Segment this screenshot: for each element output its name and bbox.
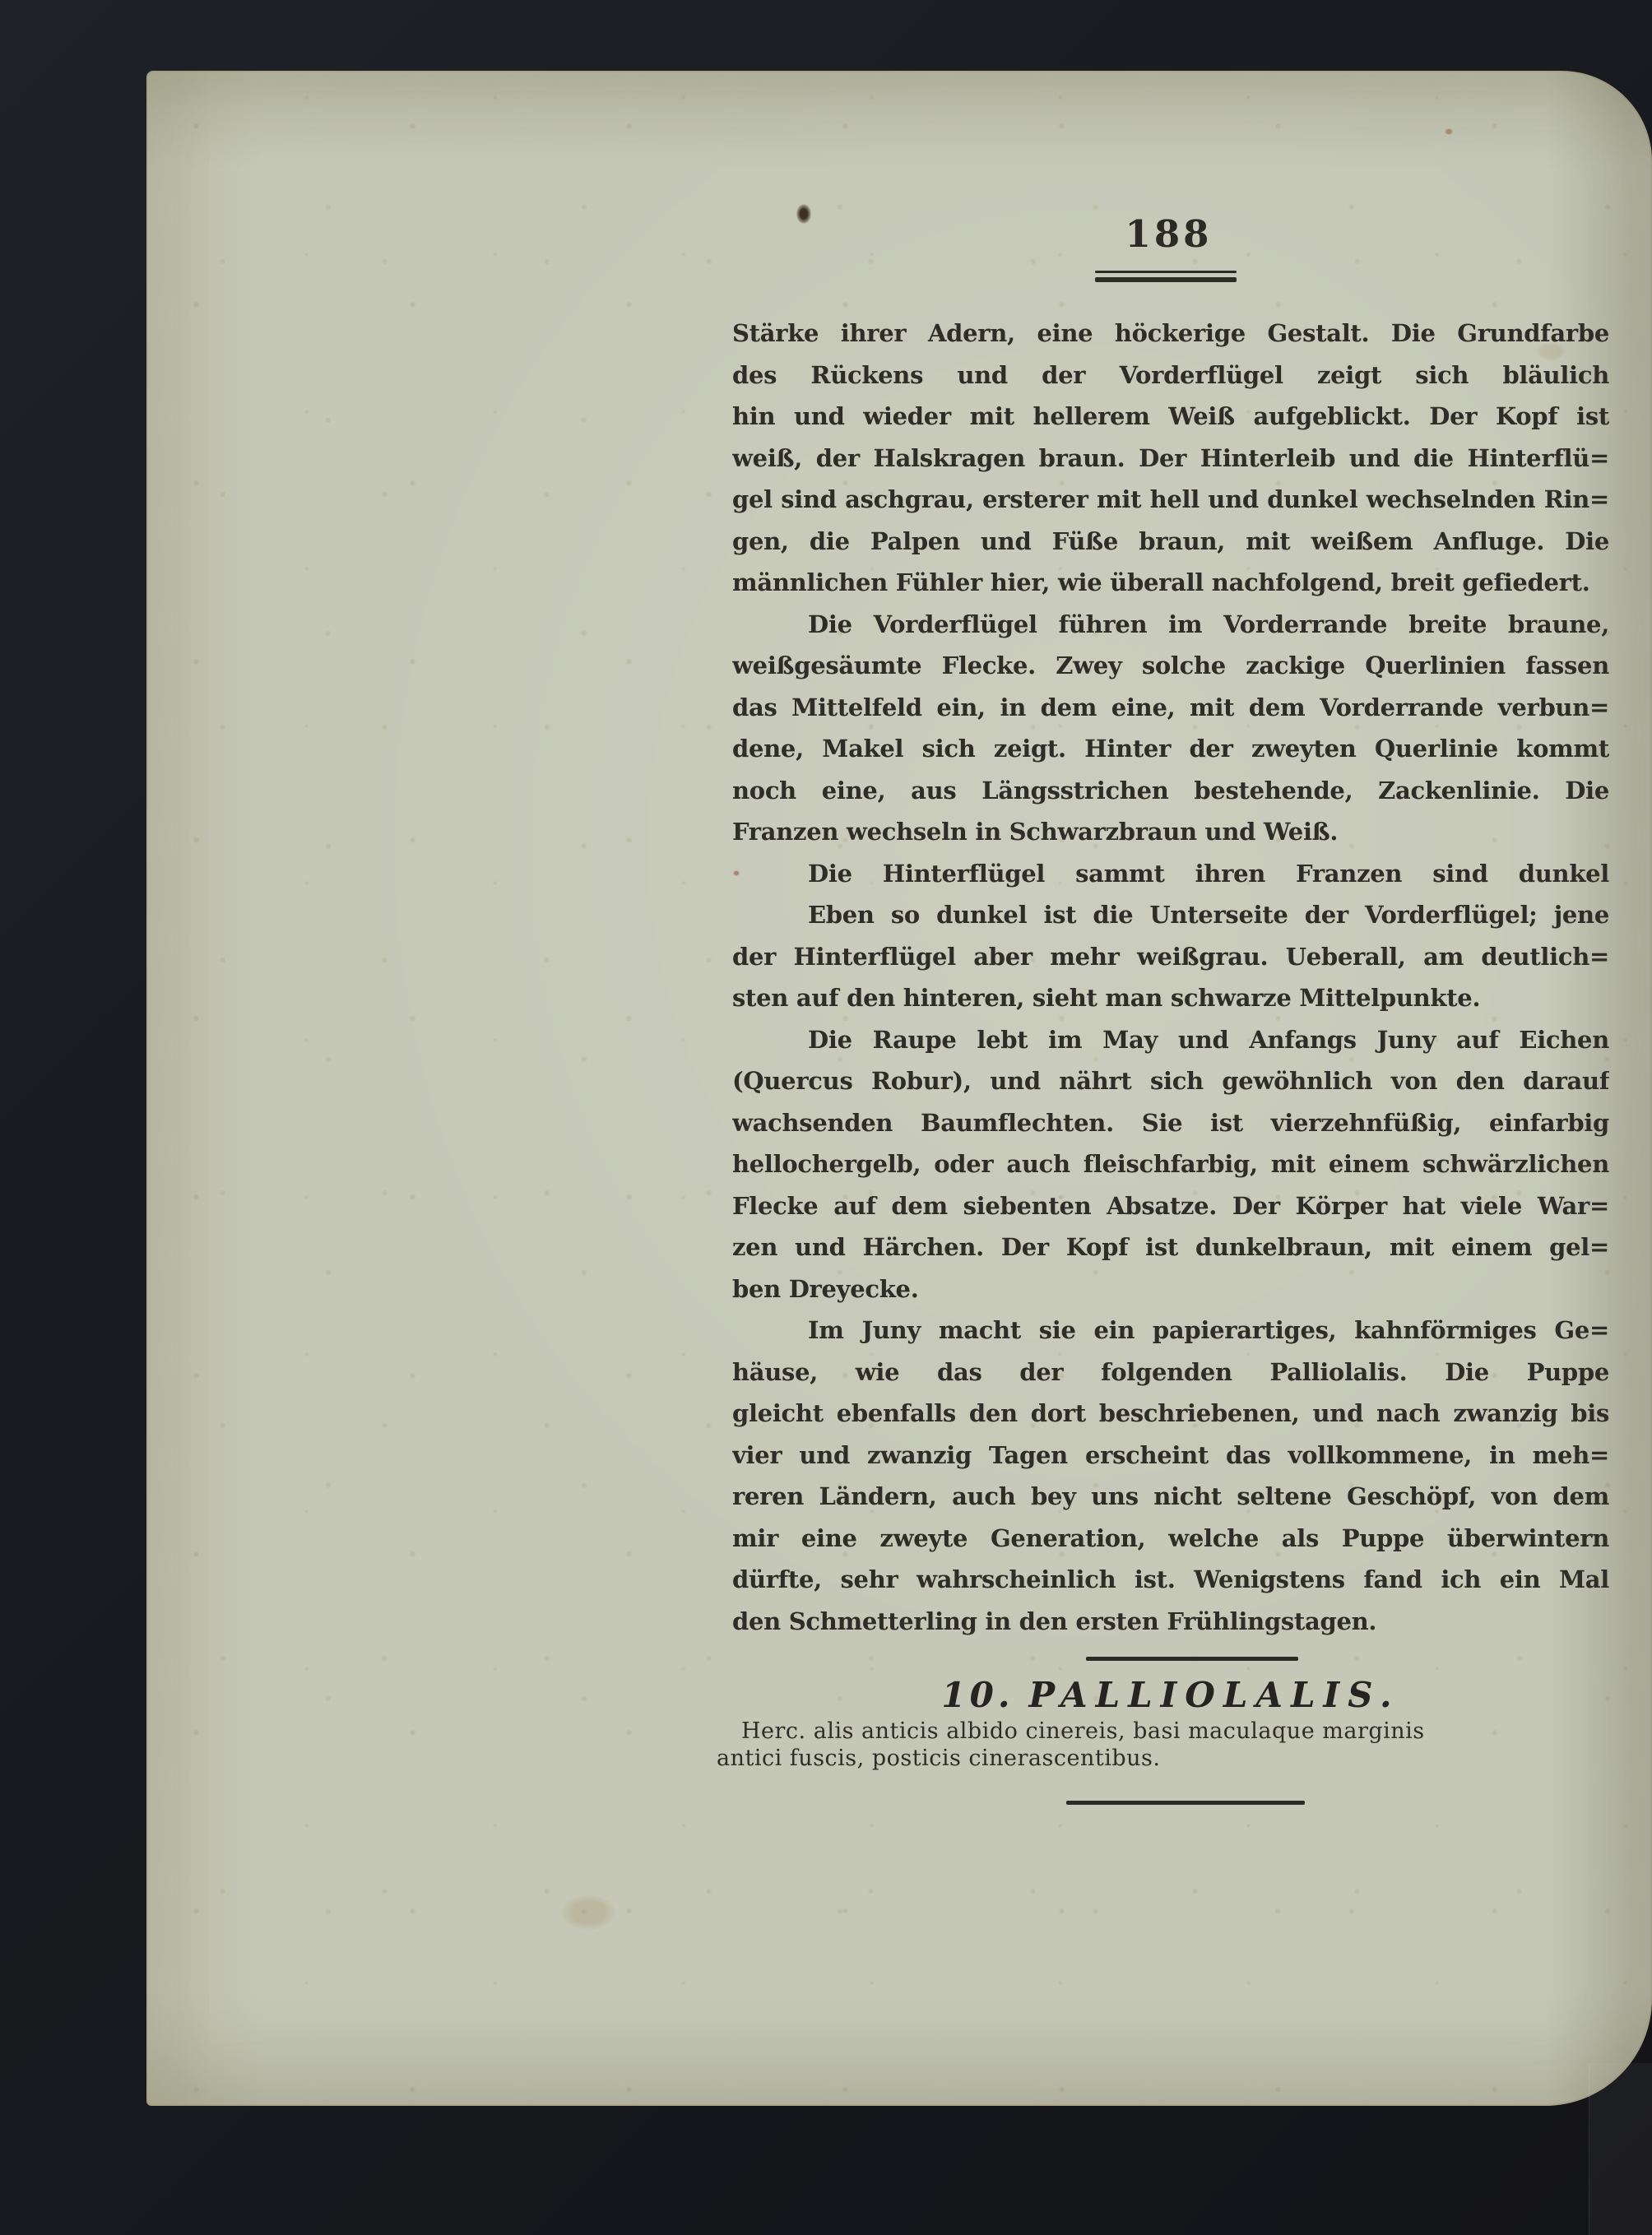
text-line: gen, die Palpen und Füße braun, mit weiß… [732, 521, 1609, 563]
body-text: Stärke ihrer Adern, eine höckerige Gesta… [732, 313, 1609, 1642]
text-line: der Hinterflügel aber mehr weißgrau. Ueb… [732, 936, 1609, 978]
text-line: Im Juny macht sie ein papierartiges, kah… [732, 1310, 1609, 1352]
text-line: (Quercus Robur), und nährt sich gewöhnli… [732, 1060, 1609, 1102]
text-line: das Mittelfeld ein, in dem eine, mit dem… [732, 687, 1609, 729]
species-diagnosis: Herc. alis anticis albido cinereis, basi… [717, 1718, 1613, 1772]
ink-stain [796, 204, 811, 224]
species-name: PALLIOLALIS. [1028, 1675, 1399, 1715]
text-line: dene, Makel sich zeigt. Hinter der zweyt… [732, 728, 1609, 770]
section-divider-bottom [1066, 1801, 1305, 1805]
diagnosis-line: antici fuscis, posticis cinerascentibus. [717, 1745, 1613, 1772]
text-line: männlichen Fühler hier, wie überall nach… [732, 562, 1609, 604]
book-page: 188 Stärke ihrer Adern, eine höckerige G… [146, 71, 1652, 2106]
text-line: dürfte, sehr wahrscheinlich ist. Wenigst… [732, 1559, 1609, 1601]
page-number: 188 [1097, 212, 1241, 256]
text-line: häuse, wie das der folgenden Palliolalis… [732, 1352, 1609, 1393]
text-line: weißgesäumte Flecke. Zwey solche zackige… [732, 645, 1609, 687]
text-line: hellochergelb, oder auch fleischfarbig, … [732, 1143, 1609, 1185]
text-line: Franzen wechseln in Schwarzbraun und Wei… [732, 811, 1609, 853]
text-line: den Schmetterling in den ersten Frühling… [732, 1601, 1609, 1643]
text-line: des Rückens und der Vorderflügel zeigt s… [732, 355, 1609, 396]
text-line: zen und Härchen. Der Kopf ist dunkelbrau… [732, 1226, 1609, 1268]
text-line: Die Vorderflügel führen im Vorderrande b… [732, 604, 1609, 646]
text-line: Die Hinterflügel sammt ihren Franzen sin… [732, 853, 1609, 895]
text-line: Stärke ihrer Adern, eine höckerige Gesta… [732, 313, 1609, 355]
section-divider-top [1086, 1657, 1298, 1661]
foxing-spot [562, 1895, 615, 1930]
foxing-spot [1445, 128, 1453, 135]
section-heading: 10.PALLIOLALIS. [732, 1675, 1609, 1715]
text-line: gleicht ebenfalls den dort beschriebenen… [732, 1393, 1609, 1435]
diagnosis-line: Herc. alis anticis albido cinereis, basi… [717, 1718, 1613, 1745]
text-line: Die Raupe lebt im May und Anfangs Juny a… [732, 1019, 1609, 1061]
text-line: reren Ländern, auch bey uns nicht selten… [732, 1476, 1609, 1518]
text-line: weiß, der Halskragen braun. Der Hinterle… [732, 438, 1609, 480]
text-line: mir eine zweyte Generation, welche als P… [732, 1518, 1609, 1560]
text-line: Flecke auf dem siebenten Absatze. Der Kö… [732, 1185, 1609, 1227]
text-line: Eben so dunkel ist die Unterseite der Vo… [732, 894, 1609, 936]
text-line: gel sind aschgrau, ersterer mit hell und… [732, 479, 1609, 521]
page-number-rule [1095, 271, 1237, 273]
text-line: wachsenden Baumflechten. Sie ist vierzeh… [732, 1102, 1609, 1144]
text-line: noch eine, aus Längsstrichen bestehende,… [732, 770, 1609, 812]
page-number-rule [1095, 277, 1237, 282]
text-line: sten auf den hinteren, sieht man schwarz… [732, 977, 1609, 1019]
scan-backdrop: 188 Stärke ihrer Adern, eine höckerige G… [0, 0, 1652, 2235]
text-line: hin und wieder mit hellerem Weiß aufgebl… [732, 396, 1609, 438]
page-edge-shadow [1589, 2063, 1652, 2235]
species-number: 10. [941, 1675, 1014, 1715]
text-line: vier und zwanzig Tagen erscheint das vol… [732, 1435, 1609, 1477]
text-line: ben Dreyecke. [732, 1268, 1609, 1310]
